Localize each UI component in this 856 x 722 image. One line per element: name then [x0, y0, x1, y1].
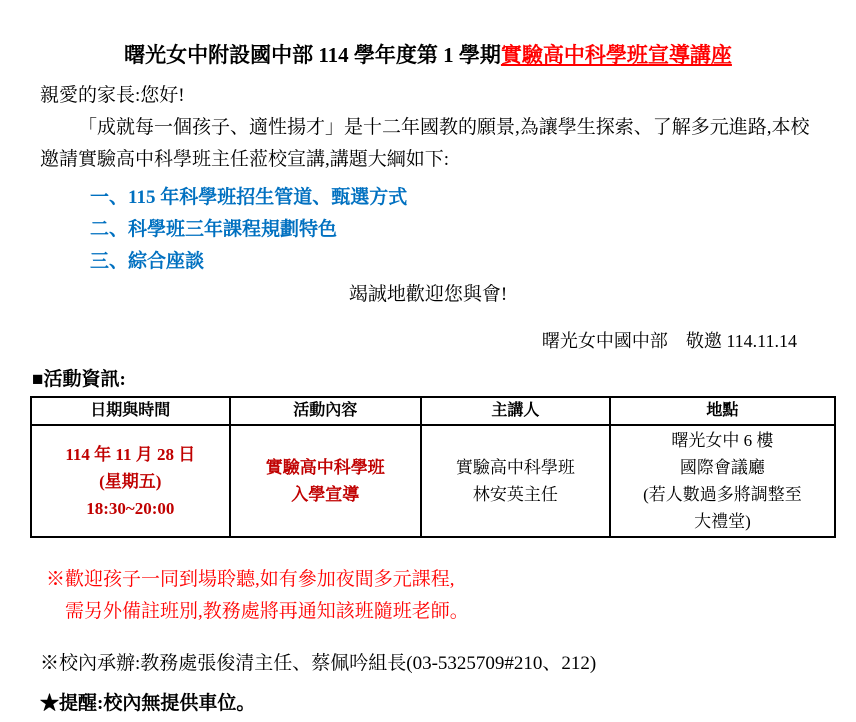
- table-header-row: 日期與時間 活動內容 主講人 地點: [31, 397, 835, 425]
- table-row: 114 年 11 月 28 日 (星期五) 18:30~20:00 實驗高中科學…: [31, 425, 835, 537]
- intro-paragraph: 「成就每一個孩子、適性揚才」是十二年國教的願景,為讓學生探索、了解多元進路,本校…: [40, 112, 816, 176]
- event-info-table: 日期與時間 活動內容 主講人 地點 114 年 11 月 28 日 (星期五) …: [30, 396, 836, 538]
- note-contact: ※校內承辦:教務處張俊清主任、蔡佩吟組長(03-5325709#210、212): [40, 650, 816, 678]
- cell-location: 曙光女中 6 樓 國際會議廳 (若人數過多將調整至 大禮堂): [610, 425, 835, 537]
- cell-datetime: 114 年 11 月 28 日 (星期五) 18:30~20:00: [31, 425, 230, 537]
- closing-line: 竭誠地歡迎您與會!: [40, 280, 816, 310]
- agenda-list: 一、115 年科學班招生管道、甄選方式 二、科學班三年課程規劃特色 三、綜合座談: [90, 182, 816, 278]
- page-title: 曙光女中附設國中部 114 學年度第 1 學期實驗高中科學班宣導講座: [40, 40, 816, 70]
- header-location: 地點: [610, 397, 835, 425]
- cell-activity: 實驗高中科學班 入學宣導: [230, 425, 421, 537]
- document-page: 曙光女中附設國中部 114 學年度第 1 學期實驗高中科學班宣導講座 親愛的家長…: [0, 0, 856, 722]
- header-speaker: 主講人: [421, 397, 610, 425]
- info-section-heading: ■活動資訊:: [32, 366, 816, 393]
- note-reminder: ★提醒:校內無提供車位。: [40, 690, 816, 718]
- greeting-line: 親愛的家長:您好!: [40, 82, 816, 110]
- page-title-red-underlined: 實驗高中科學班宣導講座: [501, 43, 732, 67]
- signature-line: 曙光女中國中部 敬邀 114.11.14: [40, 328, 816, 354]
- note-attendance: ※歡迎孩子一同到場聆聽,如有參加夜間多元課程, 需另外備註班別,教務處將再通知該…: [46, 564, 816, 628]
- cell-speaker: 實驗高中科學班 林安英主任: [421, 425, 610, 537]
- agenda-item-2: 二、科學班三年課程規劃特色: [90, 214, 816, 246]
- header-activity: 活動內容: [230, 397, 421, 425]
- header-datetime: 日期與時間: [31, 397, 230, 425]
- agenda-item-3: 三、綜合座談: [90, 246, 816, 278]
- page-title-black: 曙光女中附設國中部 114 學年度第 1 學期: [124, 43, 501, 67]
- agenda-item-1: 一、115 年科學班招生管道、甄選方式: [90, 182, 816, 214]
